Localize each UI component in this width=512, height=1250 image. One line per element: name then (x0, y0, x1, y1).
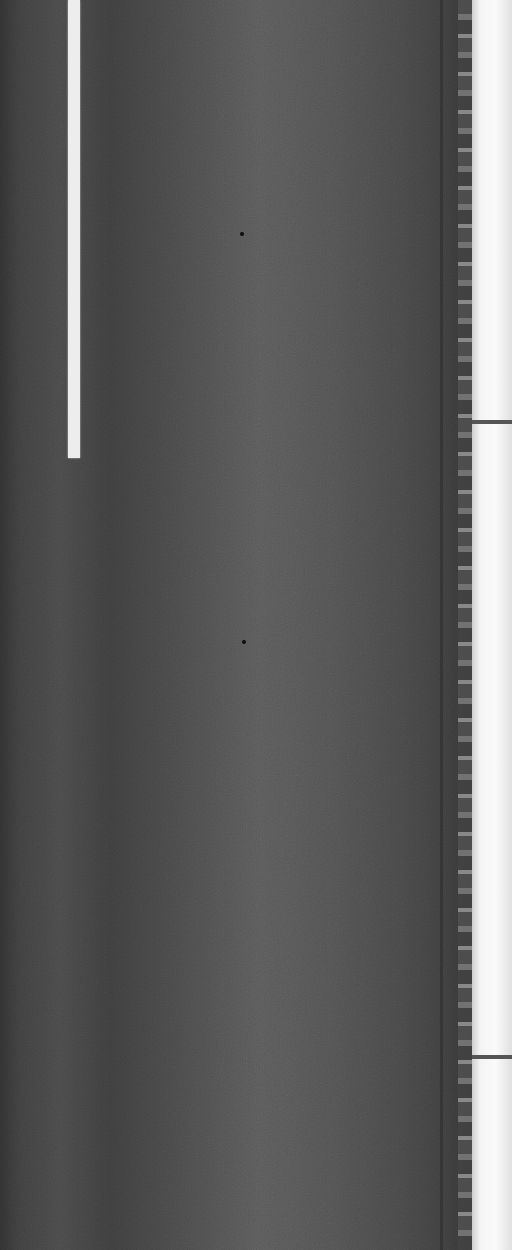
lane-marking (68, 0, 80, 458)
road-surface (0, 0, 512, 1250)
dark-spot (240, 232, 244, 236)
curb-joint (472, 1055, 512, 1059)
curb-joint (472, 420, 512, 424)
pavement-seam (440, 0, 443, 1250)
curb (472, 0, 512, 1250)
dark-spot (242, 640, 246, 644)
